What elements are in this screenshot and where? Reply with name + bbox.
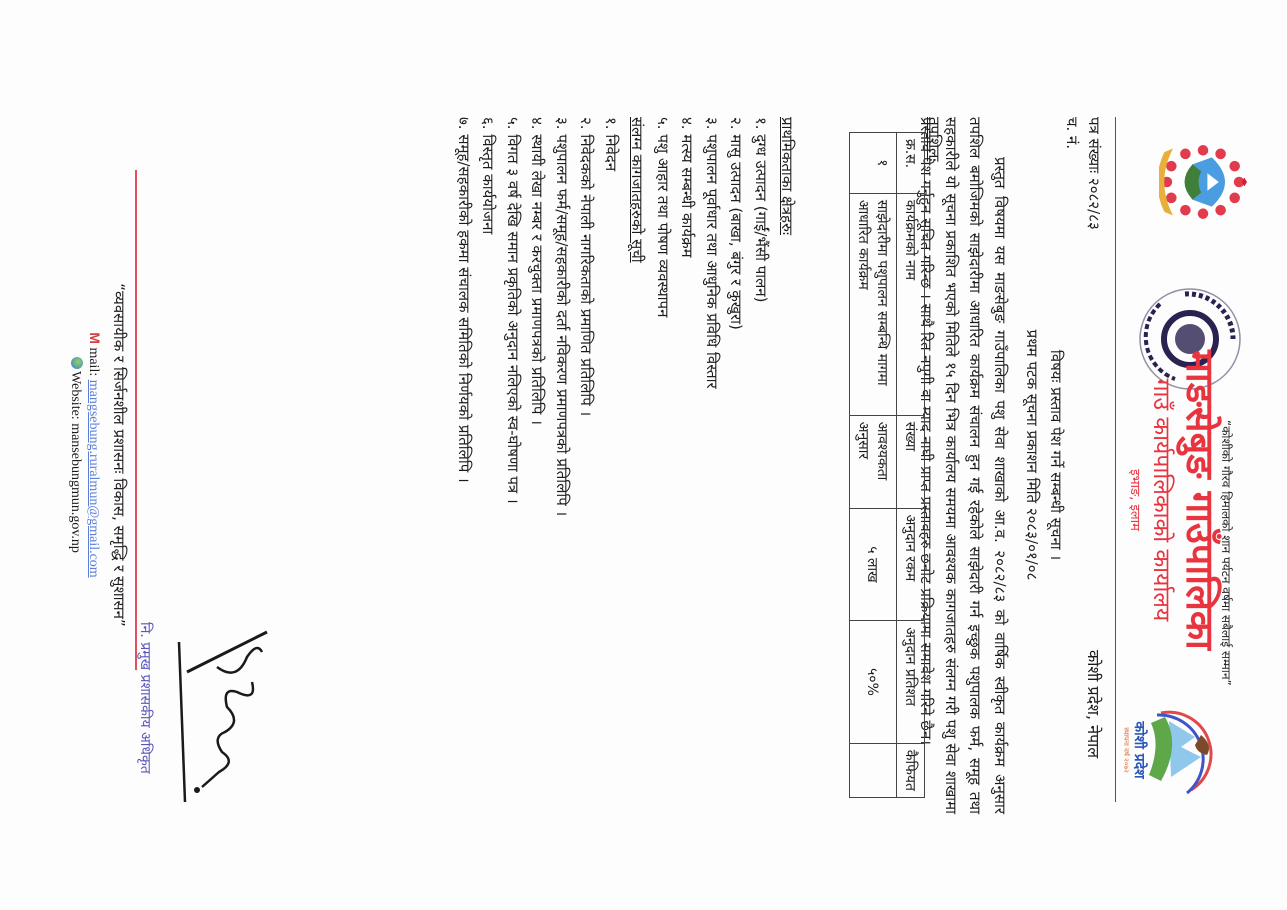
website-value[interactable]: mansebungmun.gov.np (68, 423, 83, 553)
list-item: ६. विस्तृत कार्ययोजना (476, 117, 501, 516)
table-header-row: क्र.स. कार्यक्रमको नाम संख्या अनुदान रकम… (897, 133, 925, 798)
footer-slogan: “व्यवसायीक र सिर्जनशील प्रशासनः विकास, स… (109, 0, 129, 910)
schedule-heading: तपशिलः (924, 117, 944, 161)
publication-date: प्रथम पटक सूचना प्रकाशन मिति २०८३/०१/०८ (1022, 0, 1042, 910)
priorities-list: १. दुग्ध उत्पादन (गाईं/भैंसी पालन) २. मा… (651, 117, 774, 389)
globe-icon (71, 357, 83, 369)
table-row: १ साझेदारीमा पशुपालन सम्बन्धि मागमा आधार… (850, 133, 897, 798)
list-item: १. दुग्ध उत्पादन (गाईं/भैंसी पालन) (749, 117, 774, 389)
municipality-name: माङसेबुङ गाउँपालिका (1175, 300, 1227, 700)
header-divider (1115, 117, 1116, 802)
list-item: २. मासु उत्पादन (बाखा, बंगुर र कुखुरा) (724, 117, 749, 389)
office-location: इभाङ, इलाम (1127, 300, 1145, 700)
signature-icon (167, 612, 297, 812)
list-item: २. निवेदकको नेपाली नागरिकताको प्रमाणित प… (574, 117, 599, 516)
list-item: ५. विगत ३ वर्ष देखि समान प्रकृतिको अनुदा… (501, 117, 526, 516)
letter-number: पत्र संख्याः २०८२/८३ (1083, 117, 1105, 230)
attachments-heading: संलग्न कागजातहरुको सूची (627, 117, 647, 263)
column-header: संख्या (897, 415, 925, 508)
nepal-emblem-icon (1159, 138, 1247, 226)
cell-amount: ५ लाख (850, 508, 897, 621)
letter-meta: पत्र संख्याः २०८२/८३ च. नं. (1061, 117, 1105, 230)
column-header: कैफियत (897, 743, 925, 797)
province-address: कोशी प्रदेश, नेपाल (1083, 650, 1105, 758)
svg-text:स्थापना वर्ष २०७२: स्थापना वर्ष २०७२ (1122, 727, 1131, 773)
list-item: ३. पशुपालन फर्म/समूह/सहकारीको दर्ता नविक… (550, 117, 575, 516)
list-item: ७. समूह/सहकारीको हकमा संचालक समितिको निर… (452, 117, 477, 516)
website-label: Website: (68, 371, 83, 420)
koshi-province-logo-icon: कोशी प्रदेश स्थापना वर्ष २०७२ (1121, 695, 1231, 805)
cell-program-name: साझेदारीमा पशुपालन सम्बन्धि मागमा आधारित… (850, 193, 897, 415)
office-name: गाउँ कार्यपालिकाको कार्यालय (1147, 300, 1179, 700)
notice-document: “कोशीको गौरव हिमालको शान पर्यटन वर्षमा स… (0, 0, 1287, 910)
program-table: क्र.स. कार्यक्रमको नाम संख्या अनुदान रकम… (849, 132, 925, 798)
gmail-icon: M (87, 332, 103, 344)
column-header: कार्यक्रमको नाम (897, 193, 925, 415)
email-label: mail: (86, 347, 101, 376)
column-header: अनुदान प्रतिशत (897, 621, 925, 744)
letter-number-label: पत्र संख्याः (1085, 117, 1103, 173)
attachments-list: १. निवेदन २. निवेदकको नेपाली नागरिकताको … (452, 117, 624, 516)
list-item: ४. स्थायी लेखा नम्बर र करचुक्ता प्रमाणपत… (525, 117, 550, 516)
cell-sn: १ (850, 133, 897, 194)
column-header: क्र.स. (897, 133, 925, 194)
list-item: १. निवेदन (599, 117, 624, 516)
footer-email: M mail: mangsebung.ruralmun@gmail.com (85, 0, 103, 910)
footer-website: Website: mansebungmun.gov.np (67, 0, 83, 910)
signer-title: नि. प्रमुख प्रशासकीय अधिकृत (136, 622, 155, 774)
email-link[interactable]: mangsebung.ruralmun@gmail.com (86, 380, 101, 578)
footer-divider (135, 170, 137, 670)
column-header: अनुदान रकम (897, 508, 925, 621)
notice-subject: विषयः प्रस्ताव पेश गर्ने सम्बन्धी सूचना … (1046, 0, 1066, 910)
svg-text:कोशी प्रदेश: कोशी प्रदेश (1131, 720, 1148, 779)
cell-quantity: आवश्यकता अनुसार (850, 415, 897, 508)
priorities-heading: प्राथमिकताका क्षेत्रहरुः (777, 117, 797, 235)
list-item: ४. मत्स्य सम्बन्धी कार्यक्रम (675, 117, 700, 389)
list-item: ३. पशुपालन पूर्वाधार तथा आधुनिक प्रविधि … (700, 117, 725, 389)
letter-number-value: २०८२/८३ (1085, 178, 1103, 230)
cell-remarks (850, 743, 897, 797)
cell-percent: ५०% (850, 621, 897, 744)
notice-body: प्रस्तुत विषयमा यस माङसेबुङ गाउँपालिका प… (914, 117, 1012, 814)
list-item: ५. पशु आहार तथा पोषण व्यवस्थापन (651, 117, 676, 389)
